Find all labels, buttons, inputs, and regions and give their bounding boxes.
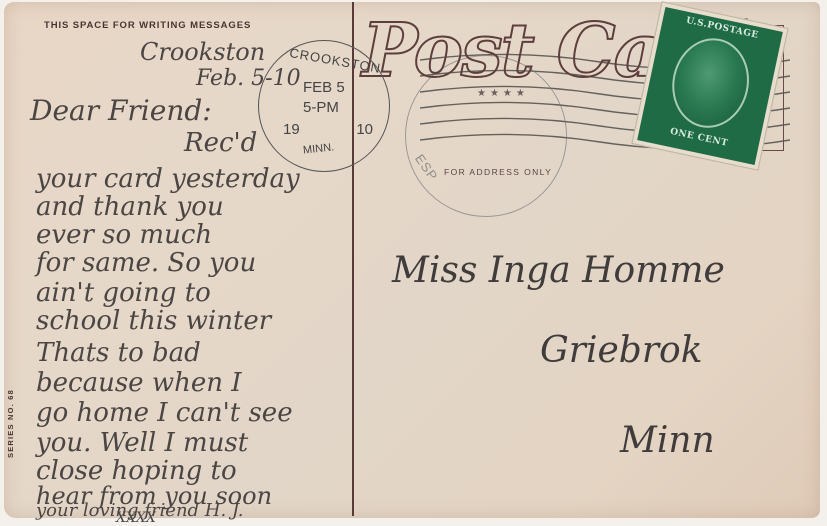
message-line: ain't going to [36,278,211,308]
message-line: ever so much [36,220,212,250]
message-line: you. Well I must [36,428,248,458]
receiving-postmark-text: ESP [412,151,441,183]
message-line: Rec'd [184,128,257,158]
franklin-portrait-icon [664,31,757,135]
message-line: because when I [36,368,242,398]
message-line: your card yesterday [36,164,300,194]
series-number: SERIES NO. 68 [6,389,15,458]
stars-ornament-icon: ★★★★ [477,88,529,99]
message-space-header: THIS SPACE FOR WRITING MESSAGES [44,20,251,31]
postmark-date: FEB 5 [303,79,345,96]
postmark-time: 5-PM [303,99,339,116]
message-line: Thats to bad [36,338,201,368]
message-line: and thank you [36,192,224,222]
message-date: Feb. 5-10 [196,66,301,91]
message-line: school this winter [36,306,271,336]
message-kisses: XXXX [116,510,156,526]
address-city: Griebrok [540,330,703,371]
postmark-year: 19 10 [283,121,373,138]
address-space-header: FOR ADDRESS ONLY [444,167,552,177]
address-state: Minn [620,420,715,461]
postmark-state: MINN. [302,141,334,156]
address-name: Miss Inga Homme [392,250,725,291]
message-line: go home I can't see [36,398,293,428]
crookston-postmark: CROOKSTON FEB 5 5-PM 19 10 MINN. [258,40,390,172]
message-place: Crookston [140,38,265,66]
message-line: for same. So you [36,248,256,278]
message-greeting: Dear Friend: [30,94,212,127]
